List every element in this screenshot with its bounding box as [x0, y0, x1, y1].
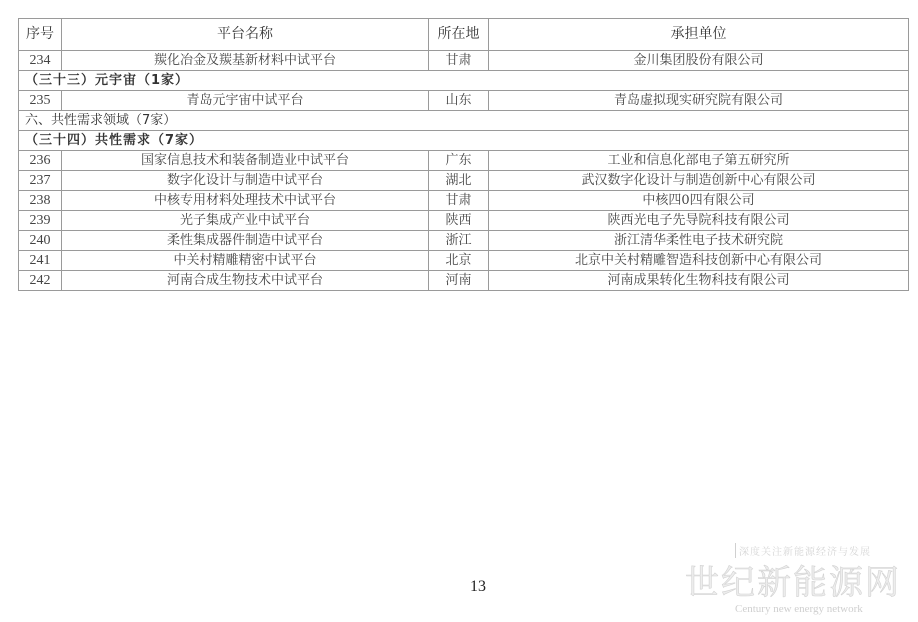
row-no: 241 — [19, 251, 62, 271]
subsection-label: （三十四）共性需求（7家） — [19, 131, 909, 151]
table-row: 242 河南合成生物技术中试平台 河南 河南成果转化生物科技有限公司 — [19, 271, 909, 291]
row-no: 237 — [19, 171, 62, 191]
subsection-row: （三十三）元宇宙（1家） — [19, 71, 909, 91]
row-organization: 北京中关村精雕智造科技创新中心有限公司 — [489, 251, 909, 271]
watermark-title: 世纪新能源网 — [685, 555, 901, 604]
row-location: 陕西 — [429, 211, 489, 231]
row-name: 中核专用材料处理技术中试平台 — [62, 191, 429, 211]
row-no: 235 — [19, 91, 62, 111]
row-no: 242 — [19, 271, 62, 291]
section-row: 六、共性需求领域（7家） — [19, 111, 909, 131]
row-name: 光子集成产业中试平台 — [62, 211, 429, 231]
row-name: 青岛元宇宙中试平台 — [62, 91, 429, 111]
row-location: 山东 — [429, 91, 489, 111]
row-organization: 河南成果转化生物科技有限公司 — [489, 271, 909, 291]
table-row: 234 羰化冶金及羰基新材料中试平台 甘肃 金川集团股份有限公司 — [19, 51, 909, 71]
row-location: 河南 — [429, 271, 489, 291]
table-row: 236 国家信息技术和装备制造业中试平台 广东 工业和信息化部电子第五研究所 — [19, 151, 909, 171]
row-organization: 浙江清华柔性电子技术研究院 — [489, 231, 909, 251]
table-row: 239 光子集成产业中试平台 陕西 陕西光电子先导院科技有限公司 — [19, 211, 909, 231]
row-location: 浙江 — [429, 231, 489, 251]
header-location: 所在地 — [429, 19, 489, 51]
row-organization: 武汉数字化设计与制造创新中心有限公司 — [489, 171, 909, 191]
subsection-row: （三十四）共性需求（7家） — [19, 131, 909, 151]
row-name: 柔性集成器件制造中试平台 — [62, 231, 429, 251]
table-row: 241 中关村精雕精密中试平台 北京 北京中关村精雕智造科技创新中心有限公司 — [19, 251, 909, 271]
row-location: 甘肃 — [429, 51, 489, 71]
section-label: 六、共性需求领域（7家） — [19, 111, 909, 131]
row-location: 广东 — [429, 151, 489, 171]
row-location: 湖北 — [429, 171, 489, 191]
row-no: 238 — [19, 191, 62, 211]
row-name: 河南合成生物技术中试平台 — [62, 271, 429, 291]
header-organization: 承担单位 — [489, 19, 909, 51]
row-organization: 金川集团股份有限公司 — [489, 51, 909, 71]
row-organization: 中核四0四有限公司 — [489, 191, 909, 211]
watermark: 深度关注新能源经济与发展 世纪新能源网 Century new energy n… — [683, 543, 915, 621]
row-name: 数字化设计与制造中试平台 — [62, 171, 429, 191]
header-name: 平台名称 — [62, 19, 429, 51]
table-row: 235 青岛元宇宙中试平台 山东 青岛虚拟现实研究院有限公司 — [19, 91, 909, 111]
row-no: 236 — [19, 151, 62, 171]
header-no: 序号 — [19, 19, 62, 51]
page-number: 13 — [470, 578, 486, 596]
row-organization: 工业和信息化部电子第五研究所 — [489, 151, 909, 171]
row-location: 甘肃 — [429, 191, 489, 211]
platform-table: 序号 平台名称 所在地 承担单位 234 羰化冶金及羰基新材料中试平台 甘肃 金… — [18, 18, 909, 291]
row-name: 中关村精雕精密中试平台 — [62, 251, 429, 271]
subsection-label: （三十三）元宇宙（1家） — [19, 71, 909, 91]
row-name: 羰化冶金及羰基新材料中试平台 — [62, 51, 429, 71]
table-row: 237 数字化设计与制造中试平台 湖北 武汉数字化设计与制造创新中心有限公司 — [19, 171, 909, 191]
document-page: 序号 平台名称 所在地 承担单位 234 羰化冶金及羰基新材料中试平台 甘肃 金… — [0, 0, 918, 622]
table-row: 238 中核专用材料处理技术中试平台 甘肃 中核四0四有限公司 — [19, 191, 909, 211]
table-header-row: 序号 平台名称 所在地 承担单位 — [19, 19, 909, 51]
row-organization: 青岛虚拟现实研究院有限公司 — [489, 91, 909, 111]
row-name: 国家信息技术和装备制造业中试平台 — [62, 151, 429, 171]
row-no: 234 — [19, 51, 62, 71]
row-no: 240 — [19, 231, 62, 251]
row-organization: 陕西光电子先导院科技有限公司 — [489, 211, 909, 231]
watermark-english: Century new energy network — [735, 603, 863, 615]
table-row: 240 柔性集成器件制造中试平台 浙江 浙江清华柔性电子技术研究院 — [19, 231, 909, 251]
row-no: 239 — [19, 211, 62, 231]
row-location: 北京 — [429, 251, 489, 271]
